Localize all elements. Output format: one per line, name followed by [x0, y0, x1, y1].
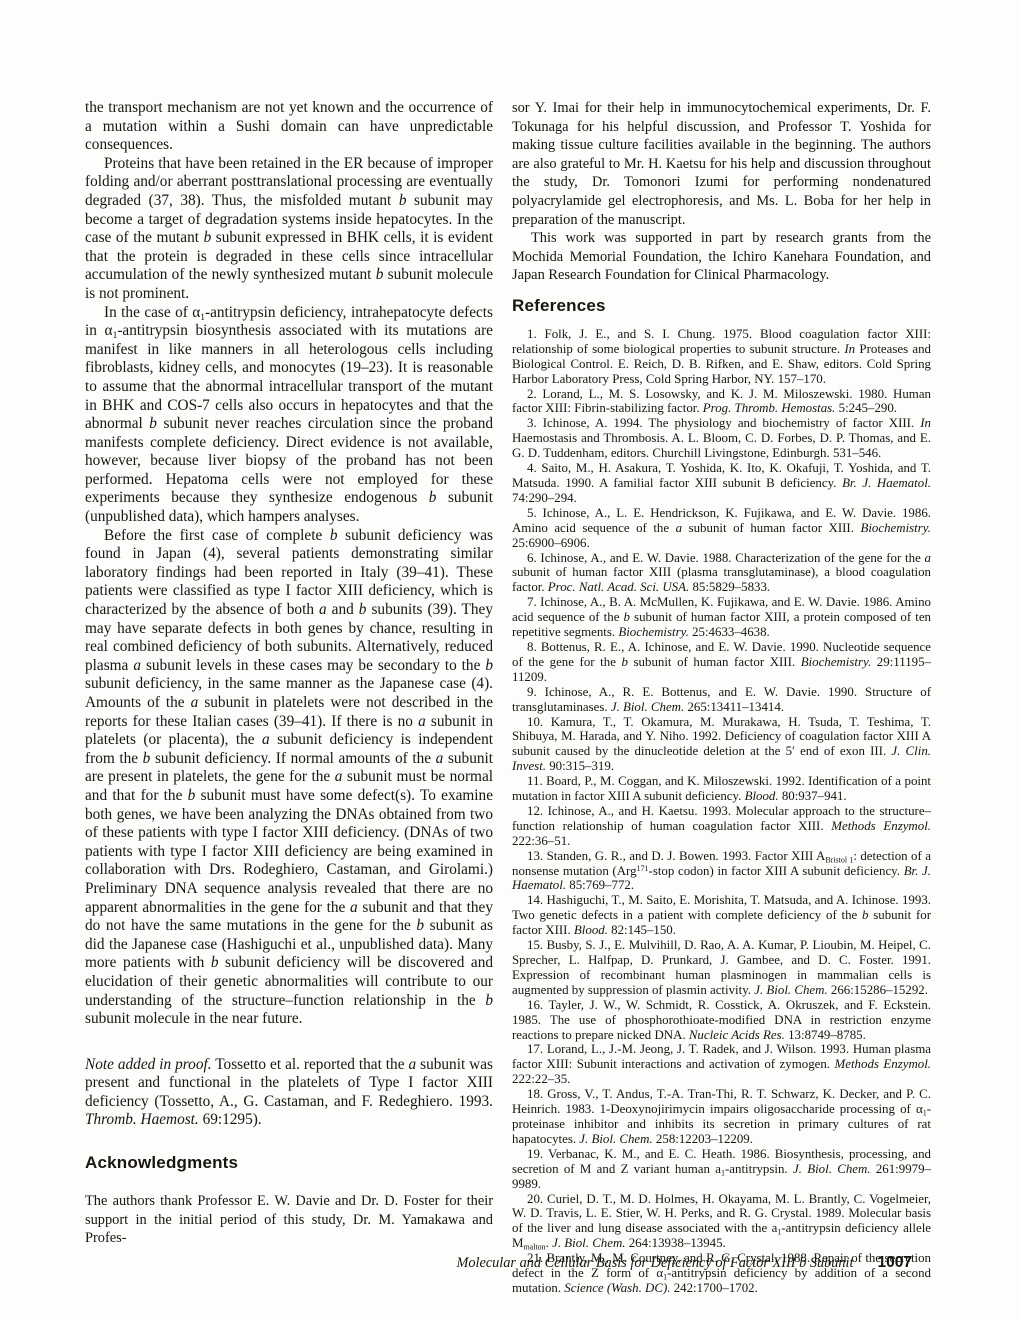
- styled-text: b: [622, 655, 628, 669]
- styled-text: b: [862, 908, 868, 922]
- reference-item: 6. Ichinose, A., and E. W. Davie. 1988. …: [512, 551, 931, 596]
- reference-item: 18. Gross, V., T. Andus, T.-A. Tran-Thi,…: [512, 1087, 931, 1147]
- styled-text: a: [335, 768, 343, 785]
- styled-text: a: [350, 899, 358, 916]
- reference-item: 7. Ichinose, A., B. A. McMullen, K. Fuji…: [512, 595, 931, 640]
- page-number: 1007: [878, 1254, 912, 1271]
- reference-item: 3. Ichinose, A. 1994. The physiology and…: [512, 416, 931, 461]
- styled-text: a: [319, 601, 327, 618]
- styled-text: a: [418, 713, 426, 730]
- styled-text: Blood.: [574, 923, 608, 937]
- styled-text: a: [191, 694, 199, 711]
- styled-text: b: [330, 527, 338, 544]
- styled-text: b: [149, 415, 157, 432]
- body-paragraph: Before the first case of complete b subu…: [85, 527, 493, 1029]
- styled-text: b: [485, 657, 493, 674]
- styled-text: b: [376, 266, 384, 283]
- styled-text: Biochemistry.: [801, 655, 872, 669]
- left-column: the transport mechanism are not yet know…: [85, 99, 493, 1248]
- running-title: Molecular and Cellular Basis for Deficie…: [456, 1255, 853, 1271]
- body-paragraph: Proteins that have been retained in the …: [85, 155, 493, 304]
- reference-item: 12. Ichinose, A., and H. Kaetsu. 1993. M…: [512, 804, 931, 849]
- styled-text: b: [211, 954, 219, 971]
- styled-text: J. Biol. Chem.: [579, 1132, 652, 1146]
- styled-text: 1: [923, 1108, 927, 1117]
- styled-text: a: [676, 521, 682, 535]
- styled-text: J. Clin. Invest.: [512, 744, 931, 773]
- reference-item: 2. Lorand, L., M. S. Losowsky, and K. J.…: [512, 387, 931, 417]
- styled-text: 1: [200, 312, 205, 322]
- acknowledgments-text-continuation: sor Y. Imai for their help in immunocyto…: [512, 99, 931, 229]
- styled-text: J. Biol. Chem.: [793, 1162, 871, 1176]
- styled-text: Methods Enzymol.: [831, 819, 931, 833]
- styled-text: Biochemistry.: [860, 521, 931, 535]
- styled-text: a: [262, 731, 270, 748]
- reference-item: 13. Standen, G. R., and D. J. Bowen. 199…: [512, 849, 931, 894]
- reference-item: 19. Verbanac, K. M., and E. C. Heath. 19…: [512, 1147, 931, 1192]
- acknowledgments-text: The authors thank Professor E. W. Davie …: [85, 1192, 493, 1248]
- reference-item: 17. Lorand, L., J.-M. Jeong, J. T. Radek…: [512, 1042, 931, 1087]
- styled-text: b: [188, 787, 196, 804]
- reference-item: 8. Bottenus, R. E., A. Ichinose, and E. …: [512, 640, 931, 685]
- note-added-in-proof: Note added in proof. Tossetto et al. rep…: [85, 1056, 493, 1130]
- acknowledgments-heading: Acknowledgments: [85, 1153, 493, 1173]
- styled-text: Science (Wash. DC).: [564, 1281, 670, 1295]
- styled-text: a: [436, 750, 444, 767]
- reference-item: 9. Ichinose, A., R. E. Bottenus, and E. …: [512, 685, 931, 715]
- styled-text: Thromb. Haemost.: [85, 1111, 199, 1128]
- styled-text: J. Biol. Chem.: [552, 1236, 625, 1250]
- styled-text: Nucleic Acids Res.: [689, 1028, 785, 1042]
- page: the transport mechanism are not yet know…: [0, 0, 1020, 1320]
- styled-text: 1: [777, 1228, 781, 1237]
- styled-text: Br. J. Haematol.: [842, 476, 931, 490]
- styled-text: J. Biol. Chem.: [611, 700, 684, 714]
- styled-text: a: [409, 1056, 417, 1073]
- styled-text: Blood.: [745, 789, 779, 803]
- styled-text: b: [204, 229, 212, 246]
- reference-item: 15. Busby, S. J., E. Mulvihill, D. Rao, …: [512, 938, 931, 998]
- styled-text: Methods Enzymol.: [835, 1057, 931, 1071]
- body-paragraph: In the case of α1-antitrypsin deficiency…: [85, 304, 493, 527]
- styled-text: In: [920, 416, 931, 430]
- reference-item: 14. Hashiguchi, T., M. Saito, E. Morishi…: [512, 893, 931, 938]
- styled-text: b: [485, 992, 493, 1009]
- styled-text: Bristol 1: [825, 855, 853, 864]
- page-footer: Molecular and Cellular Basis for Deficie…: [456, 1254, 912, 1272]
- acknowledgments-funding: This work was supported in part by resea…: [512, 229, 931, 285]
- styled-text: a: [925, 551, 931, 565]
- references-heading: References: [512, 296, 931, 316]
- reference-item: 11. Board, P., M. Coggan, and K. Milosze…: [512, 774, 931, 804]
- reference-item: 5. Ichinose, A., L. E. Hendrickson, K. F…: [512, 506, 931, 551]
- styled-text: 1: [721, 1168, 725, 1177]
- reference-item: 4. Saito, M., H. Asakura, T. Yoshida, K.…: [512, 461, 931, 506]
- reference-item: 1. Folk, J. E., and S. I. Chung. 1975. B…: [512, 327, 931, 387]
- styled-text: b: [399, 192, 407, 209]
- styled-text: b: [359, 601, 367, 618]
- styled-text: 171: [637, 864, 649, 873]
- styled-text: Biochemistry.: [618, 625, 689, 639]
- styled-text: b: [416, 917, 424, 934]
- reference-item: 20. Curiel, D. T., M. D. Holmes, H. Okay…: [512, 1192, 931, 1252]
- styled-text: In: [844, 342, 855, 356]
- styled-text: 1: [113, 331, 118, 341]
- styled-text: J. Biol. Chem.: [754, 983, 827, 997]
- styled-text: b: [624, 610, 630, 624]
- styled-text: Br. J. Haematol.: [512, 864, 931, 893]
- reference-item: 16. Tayler, J. W., W. Schmidt, R. Cossti…: [512, 998, 931, 1043]
- styled-text: Proc. Natl. Acad. Sci. USA.: [548, 580, 689, 594]
- styled-text: b: [429, 489, 437, 506]
- styled-text: Note added in proof.: [85, 1056, 212, 1073]
- styled-text: a: [133, 657, 141, 674]
- body-paragraph-continuation: the transport mechanism are not yet know…: [85, 99, 493, 155]
- right-column: sor Y. Imai for their help in immunocyto…: [512, 99, 931, 1296]
- styled-text: Prog. Thromb. Hemostas.: [703, 401, 836, 415]
- reference-item: 10. Kamura, T., T. Okamura, M. Murakawa,…: [512, 715, 931, 775]
- styled-text: b: [143, 750, 151, 767]
